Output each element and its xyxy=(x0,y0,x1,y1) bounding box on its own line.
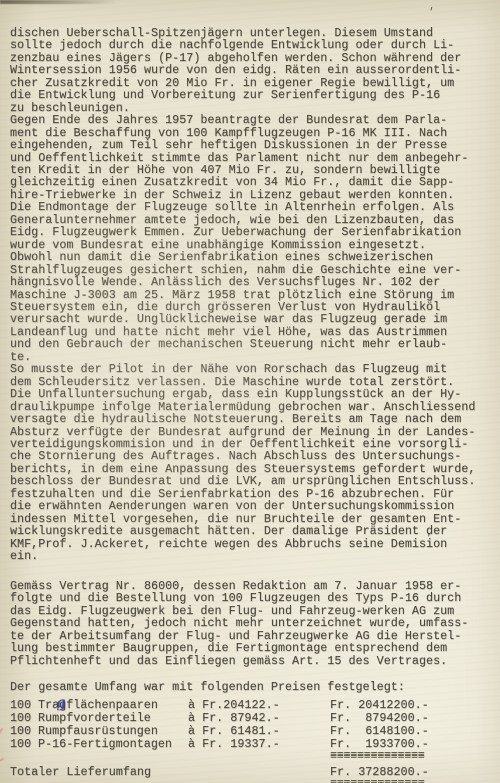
stray-ink-mark: ' xyxy=(426,6,435,19)
item-cell: Rumpfausrüstungen xyxy=(38,725,158,738)
blue-ink-correction: g xyxy=(55,695,66,712)
total-cell: Fr. 6148100.- xyxy=(330,725,429,738)
qty-cell: 100 xyxy=(10,738,31,751)
unit-price-cell: à Fr. 87942.- xyxy=(188,712,280,725)
qty-cell: 100 xyxy=(10,725,31,738)
item-cell: P-16-Fertigmontagen xyxy=(38,738,172,751)
total-cell: Fr. 8794200.- xyxy=(330,712,429,725)
prices-intro-line: Der gesamte Umfang war mit folgenden Pre… xyxy=(10,681,405,693)
unit-price-cell: à Fr. 61481.- xyxy=(188,725,280,738)
scanner-edge-smudge xyxy=(0,0,118,4)
body-paragraph-2: Gemäss Vertrag Nr. 86000, dessen Redakti… xyxy=(10,580,468,667)
double-rule-top: ============== xyxy=(330,750,425,760)
item-cell: Rumpfvorderteile xyxy=(38,712,151,725)
unit-price-cell: à Fr.204122.- xyxy=(188,699,280,712)
qty-cell: 100 xyxy=(10,699,31,712)
table-row: 100 Rumpfvorderteile à Fr. 87942.- Fr. 8… xyxy=(10,712,490,725)
qty-cell: 100 xyxy=(10,712,31,725)
total-label: Totaler Lieferumfang xyxy=(10,766,151,779)
unit-price-cell: à Fr. 19337.- xyxy=(188,738,280,751)
body-paragraph-1: dischen Ueberschall-Spitzenjägern unterl… xyxy=(10,27,475,562)
scanned-page: dischen Ueberschall-Spitzenjägern unterl… xyxy=(0,0,500,783)
price-table: 100 Tragflächenpaaren à Fr.204122.- Fr. … xyxy=(10,699,490,751)
total-cell: Fr. 20412200.- xyxy=(330,699,429,712)
double-rule-bottom: ============== xyxy=(330,778,425,783)
table-row: 100 Rumpfausrüstungen à Fr. 61481.- Fr. … xyxy=(10,725,490,738)
table-row: 100 Tragflächenpaaren à Fr.204122.- Fr. … xyxy=(10,699,490,712)
